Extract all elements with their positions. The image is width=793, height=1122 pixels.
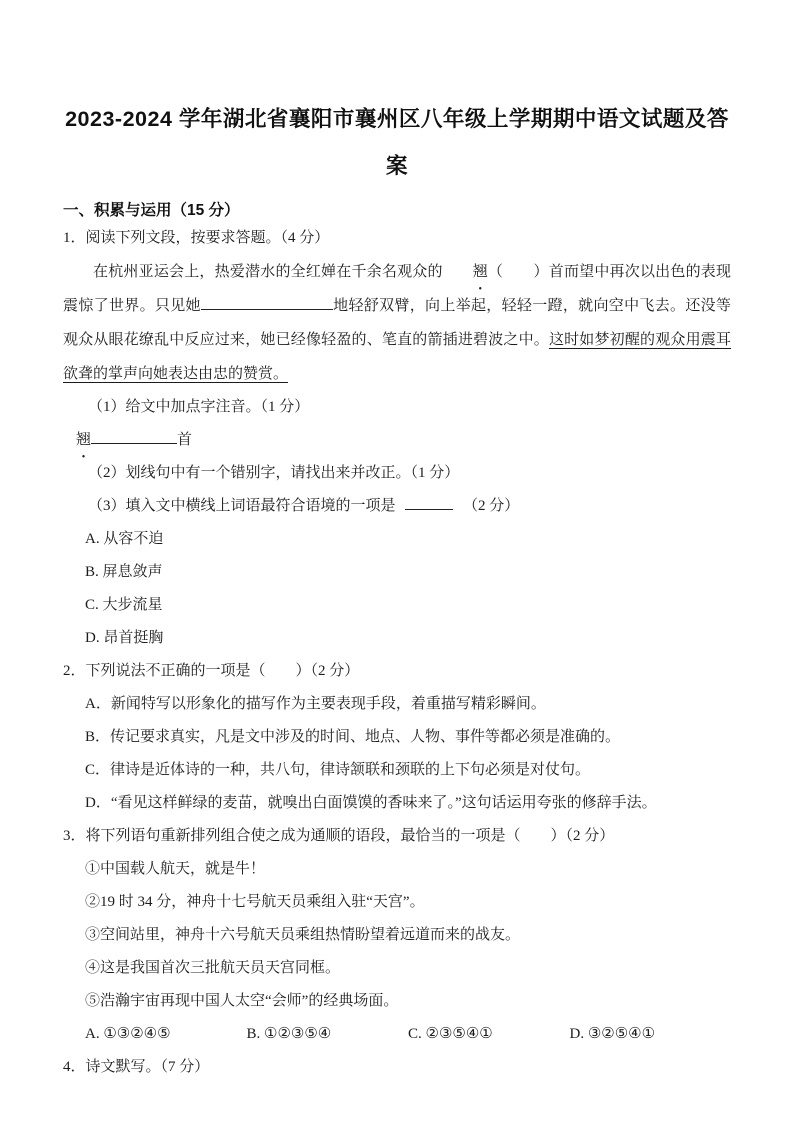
dotted-char-qiao: 翘 xyxy=(76,424,91,457)
question-1-sub2: （2）划线句中有一个错别字，请找出来并改正。（1 分） xyxy=(63,457,731,490)
question-2-option-b: B．传记要求真实，凡是文中涉及的时间、地点、人物、事件等都必须是准确的。 xyxy=(63,721,731,754)
question-2-option-d: D．“看见这样鲜绿的麦苗，就嗅出白面馍馍的香味来了。”这句话运用夸张的修辞手法。 xyxy=(63,787,731,820)
question-1-sub1: （1）给文中加点字注音。（1 分） xyxy=(63,391,731,424)
question-4-stem: 4．诗文默写。（7 分） xyxy=(63,1051,731,1084)
question-3-sentence-3: ③空间站里，神舟十六号航天员乘组热情盼望着远道而来的战友。 xyxy=(63,919,731,952)
text-segment: （3）填入文中横线上词语最符合语境的一项是 xyxy=(88,498,399,514)
question-1-stem: 1．阅读下列文段，按要求答题。（4 分） xyxy=(63,222,731,255)
page-title-line2: 案 xyxy=(386,154,408,178)
question-2-option-a: A．新闻特写以形象化的描写作为主要表现手段，着重描写精彩瞬间。 xyxy=(63,688,731,721)
text-segment: （2 分） xyxy=(459,498,519,514)
question-3-stem: 3．将下列语句重新排列组合使之成为通顺的语段，最恰当的一项是（ ）（2 分） xyxy=(63,820,731,853)
page-title: 2023-2024 学年湖北省襄阳市襄州区八年级上学期期中语文试题及答 案 xyxy=(63,96,731,190)
question-3-options-row: A. ①③②④⑤ B. ①②③⑤④ C. ②③⑤④① D. ③②⑤④① xyxy=(63,1018,731,1051)
question-3-sentence-2: ②19 时 34 分，神舟十七号航天员乘组入驻“天宫”。 xyxy=(63,886,731,919)
question-3-option-b: B. ①②③⑤④ xyxy=(247,1018,409,1051)
text-segment: 界。只见她 xyxy=(124,298,201,314)
text-segment: 在杭州亚运会上，热爱潜水的全红婵在千余名观众的 xyxy=(93,264,443,280)
pinyin-answer-blank xyxy=(91,429,177,444)
question-1-option-b: B. 屏息敛声 xyxy=(63,556,731,589)
question-3-sentence-4: ④这是我国首次三批航天员天宫同框。 xyxy=(63,952,731,985)
question-3-option-c: C. ②③⑤④① xyxy=(408,1018,570,1051)
exam-document-page: 2023-2024 学年湖北省襄阳市襄州区八年级上学期期中语文试题及答 案 一、… xyxy=(0,0,793,1122)
dotted-char-qiao: 翘 xyxy=(443,255,488,289)
question-1-option-d: D. 昂首挺胸 xyxy=(63,622,731,655)
question-3-sentence-5: ⑤浩瀚宇宙再现中国人太空“会师”的经典场面。 xyxy=(63,985,731,1018)
question-3: 3．将下列语句重新排列组合使之成为通顺的语段，最恰当的一项是（ ）（2 分） ①… xyxy=(63,820,731,1051)
question-3-option-a: A. ①③②④⑤ xyxy=(85,1018,247,1051)
text-segment: 首 xyxy=(177,432,192,448)
question-1: 1．阅读下列文段，按要求答题。（4 分） 在杭州亚运会上，热爱潜水的全红婵在千余… xyxy=(63,222,731,655)
question-1-pinyin-line: 翘首 xyxy=(63,424,731,457)
question-1-sub3: （3）填入文中横线上词语最符合语境的一项是 （2 分） xyxy=(63,490,731,523)
section-heading-accumulation: 一、积累与运用（15 分） xyxy=(63,200,731,222)
question-1-option-c: C. 大步流星 xyxy=(63,589,731,622)
fill-in-blank xyxy=(201,295,333,310)
page-title-line1: 2023-2024 学年湖北省襄阳市襄州区八年级上学期期中语文试题及答 xyxy=(65,107,729,131)
question-1-option-a: A. 从容不迫 xyxy=(63,523,731,556)
question-3-sentence-1: ①中国载人航天，就是牛！ xyxy=(63,853,731,886)
question-4: 4．诗文默写。（7 分） xyxy=(63,1051,731,1084)
answer-blank xyxy=(405,495,453,510)
question-2-option-c: C．律诗是近体诗的一种，共八句，律诗颔联和颈联的上下句必须是对仗句。 xyxy=(63,754,731,787)
question-3-option-d: D. ③②⑤④① xyxy=(570,1018,732,1051)
question-2-stem: 2．下列说法不正确的一项是（ ）（2 分） xyxy=(63,655,731,688)
question-2: 2．下列说法不正确的一项是（ ）（2 分） A．新闻特写以形象化的描写作为主要表… xyxy=(63,655,731,820)
question-1-passage: 在杭州亚运会上，热爱潜水的全红婵在千余名观众的翘（ ）首而望中再次以出色的表现震… xyxy=(63,255,731,391)
